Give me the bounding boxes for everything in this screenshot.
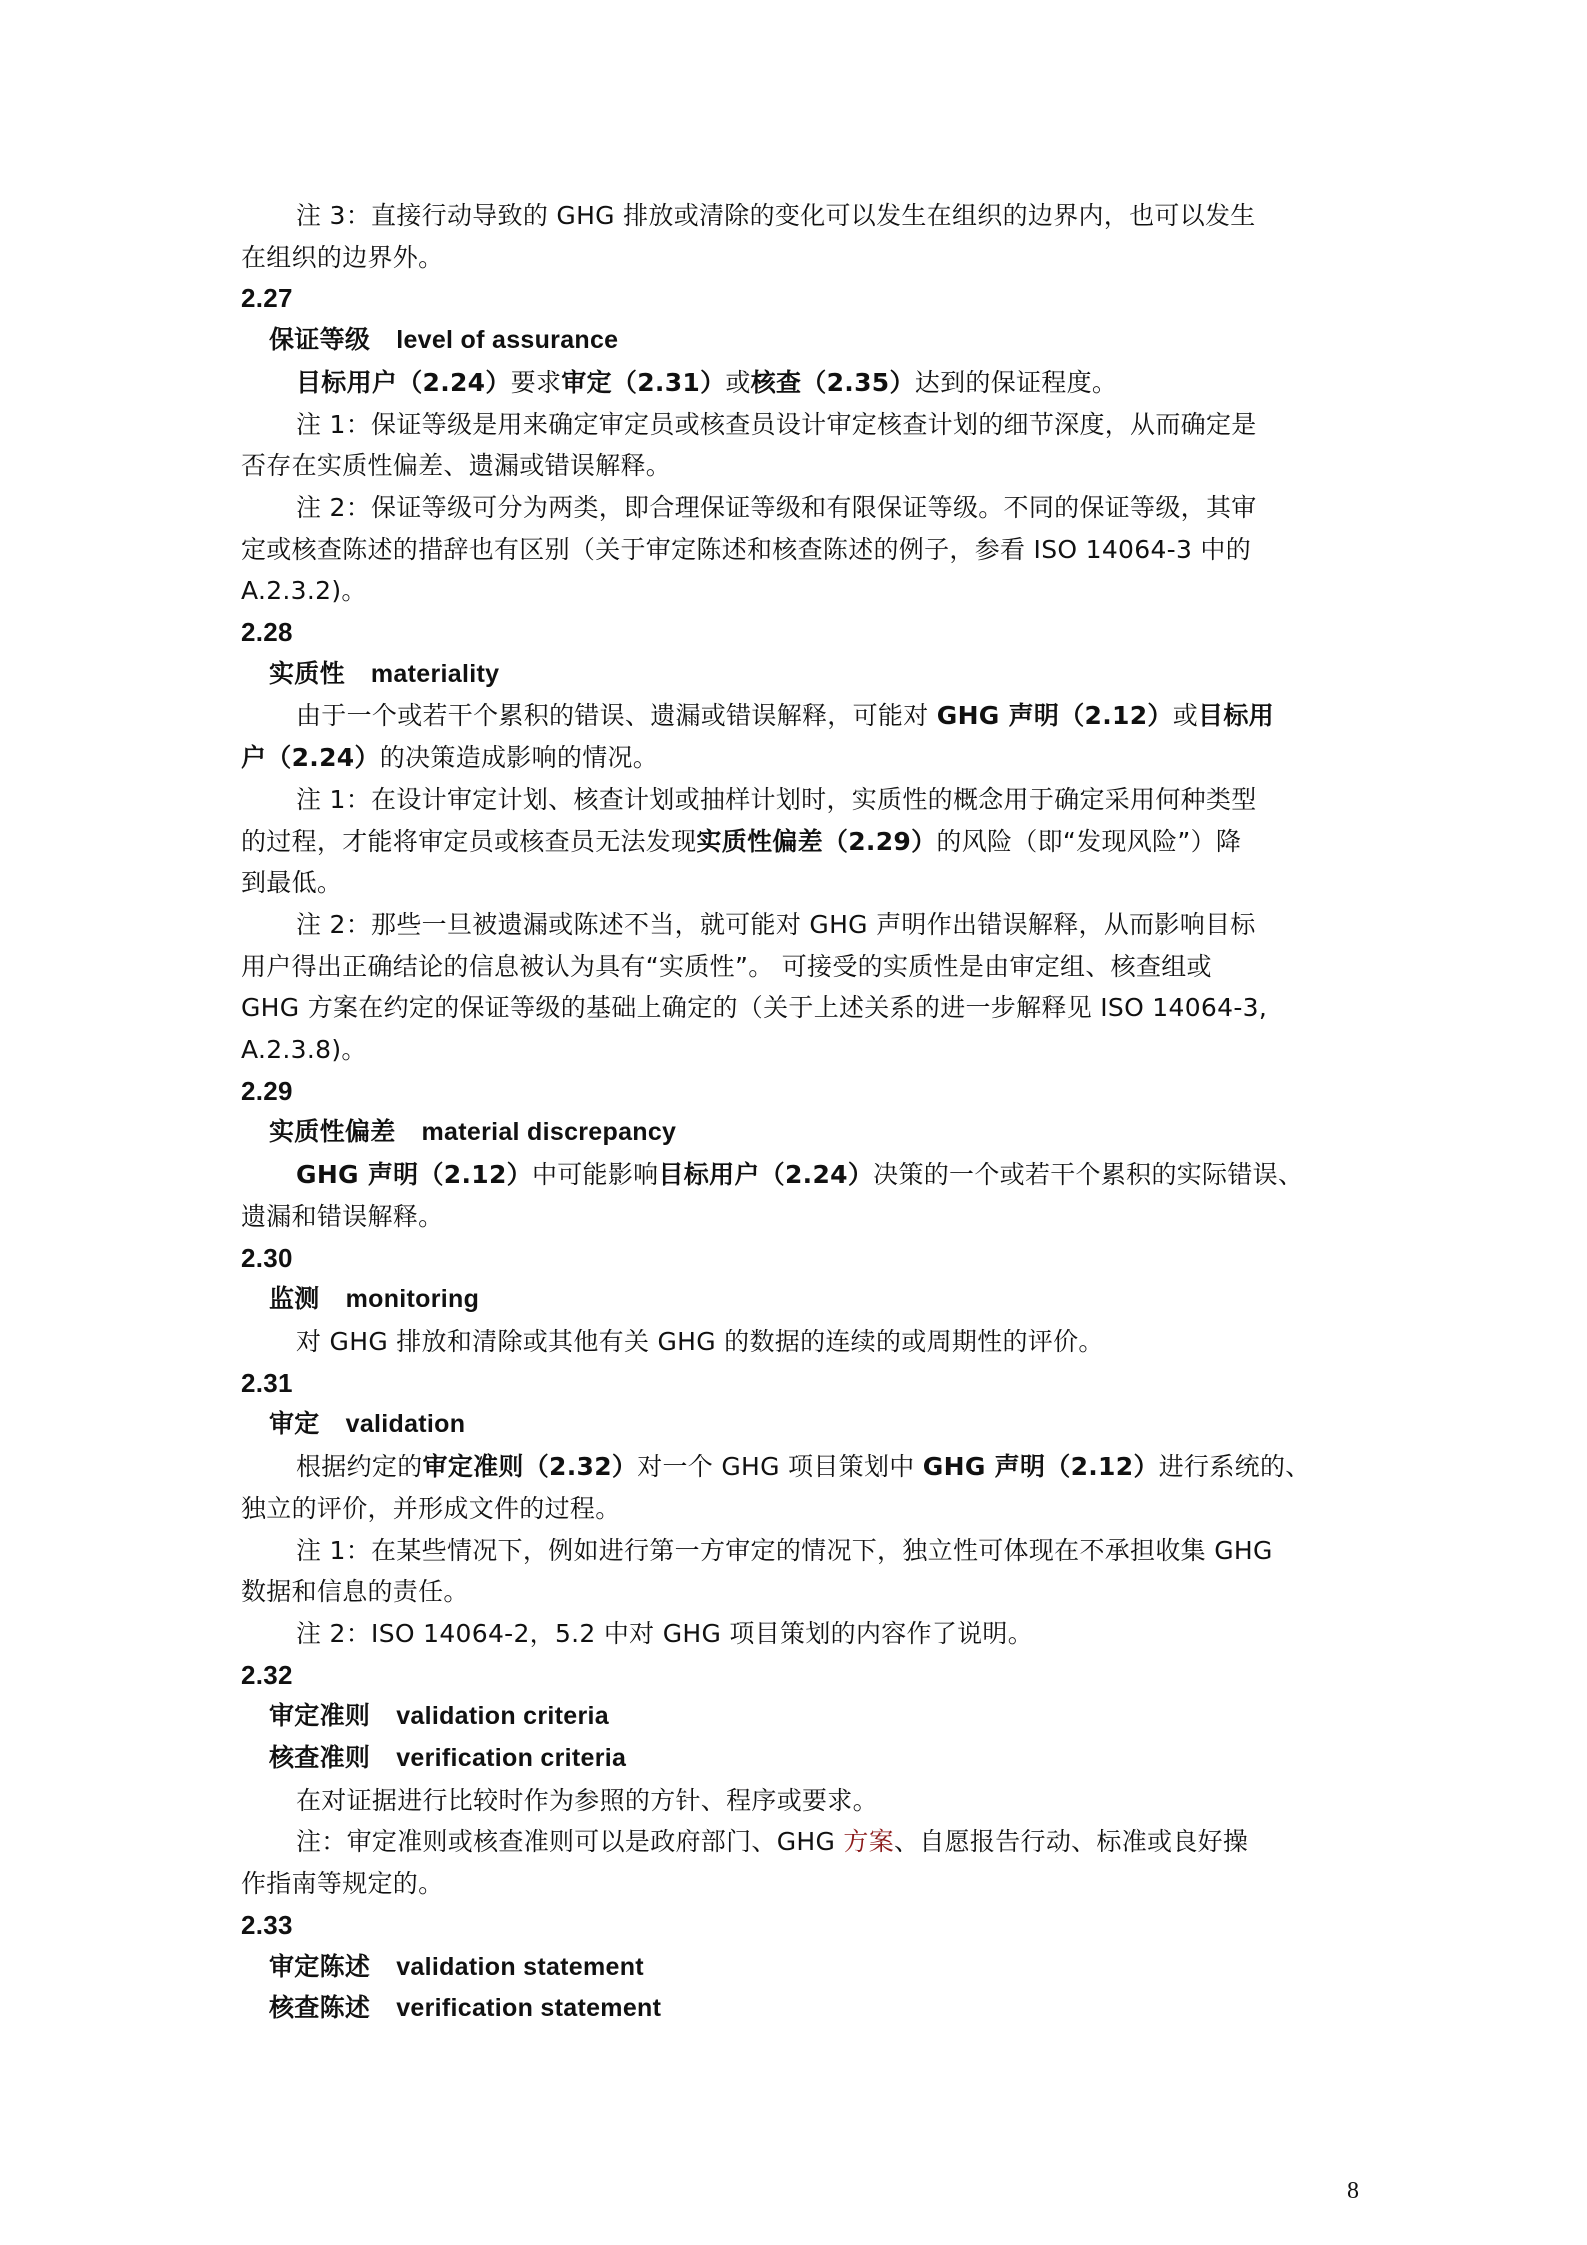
note-1-line-2: 否存在实质性偏差、遗漏或错误解释。 xyxy=(241,445,1359,487)
term-en: verification statement xyxy=(396,1994,661,2022)
term-en: verification criteria xyxy=(396,1744,626,1772)
link-programme[interactable]: 方案 xyxy=(843,1827,894,1856)
note-1-line-3: 到最低。 xyxy=(241,862,1359,904)
text: 或 xyxy=(725,368,750,397)
definition-2-31-line-2: 独立的评价，并形成文件的过程。 xyxy=(241,1488,1359,1530)
note-2-line-1: 注 2：那些一旦被遗漏或陈述不当，就可能对 GHG 声明作出错误解释，从而影响目… xyxy=(241,904,1359,946)
term-zh: 审定准则 xyxy=(269,1702,370,1730)
document-page: 注 3：直接行动导致的 GHG 排放或清除的变化可以发生在组织的边界内，也可以发… xyxy=(241,195,1359,2030)
text: 的风险（即“发现风险”）降 xyxy=(936,827,1241,856)
section-number-2-31: 2.31 xyxy=(241,1363,1359,1405)
text: 对一个 GHG 项目策划中 xyxy=(637,1452,923,1481)
note-2-line-4: A.2.3.8)。 xyxy=(241,1029,1359,1071)
text: 注：审定准则或核查准则可以是政府部门、GHG xyxy=(296,1827,843,1856)
note-3-line-1: 注 3：直接行动导致的 GHG 排放或清除的变化可以发生在组织的边界内，也可以发… xyxy=(241,195,1359,237)
term-en: validation criteria xyxy=(396,1702,609,1730)
term-zh: 核查陈述 xyxy=(269,1994,370,2022)
note-line-2: 作指南等规定的。 xyxy=(241,1863,1359,1905)
section-number-2-33: 2.33 xyxy=(241,1905,1359,1947)
term-verification-statement: 核查陈述verification statement xyxy=(241,1988,1359,2030)
definition-2-29-line-2: 遗漏和错误解释。 xyxy=(241,1196,1359,1238)
section-number-2-32: 2.32 xyxy=(241,1655,1359,1697)
definition-2-31-line-1: 根据约定的审定准则（2.32）对一个 GHG 项目策划中 GHG 声明（2.12… xyxy=(241,1446,1359,1488)
definition-2-28-line-1: 由于一个或若干个累积的错误、遗漏或错误解释，可能对 GHG 声明（2.12）或目… xyxy=(241,695,1359,737)
text: 中可能影响 xyxy=(532,1160,659,1189)
term-zh: 实质性 xyxy=(269,660,345,688)
ref-material-discrepancy: 实质性偏差（2.29） xyxy=(696,827,936,856)
term-zh: 核查准则 xyxy=(269,1744,370,1772)
term-zh: 保证等级 xyxy=(269,326,370,354)
term-verification-criteria: 核查准则verification criteria xyxy=(241,1738,1359,1780)
definition-2-30: 对 GHG 排放和清除或其他有关 GHG 的数据的连续的或周期性的评价。 xyxy=(241,1321,1359,1363)
note-1-line-2: 数据和信息的责任。 xyxy=(241,1571,1359,1613)
term-en: monitoring xyxy=(346,1285,480,1313)
term-validation-statement: 审定陈述validation statement xyxy=(241,1947,1359,1989)
note-1-line-1: 注 1：在某些情况下，例如进行第一方审定的情况下，独立性可体现在不承担收集 GH… xyxy=(241,1530,1359,1572)
note-2-line-2: 定或核查陈述的措辞也有区别（关于审定陈述和核查陈述的例子，参看 ISO 1406… xyxy=(241,529,1359,571)
definition-2-32: 在对证据进行比较时作为参照的方针、程序或要求。 xyxy=(241,1780,1359,1822)
text: 或 xyxy=(1173,701,1198,730)
ref-ghg-assertion: GHG 声明（2.12） xyxy=(923,1452,1159,1481)
definition-2-29-line-1: GHG 声明（2.12）中可能影响目标用户（2.24）决策的一个或若干个累积的实… xyxy=(241,1154,1359,1196)
term-zh: 审定 xyxy=(269,1410,320,1438)
section-number-2-27: 2.27 xyxy=(241,278,1359,320)
term-en: materiality xyxy=(371,660,499,688)
text: 根据约定的 xyxy=(296,1452,423,1481)
section-number-2-29: 2.29 xyxy=(241,1071,1359,1113)
ref-target-user: 目标用 xyxy=(1198,701,1274,730)
ref-target-user: 目标用户（2.24） xyxy=(296,368,511,397)
text: 、自愿报告行动、标准或良好操 xyxy=(894,1827,1248,1856)
note-1-line-1: 注 1：保证等级是用来确定审定员或核查员设计审定核查计划的细节深度，从而确定是 xyxy=(241,404,1359,446)
text: 的过程，才能将审定员或核查员无法发现 xyxy=(241,827,696,856)
term-en: validation statement xyxy=(396,1953,644,1981)
term-monitoring: 监测monitoring xyxy=(241,1279,1359,1321)
text: 进行系统的、 xyxy=(1159,1452,1311,1481)
note-2-line-2: 用户得出正确结论的信息被认为具有“实质性”。 可接受的实质性是由审定组、核查组或 xyxy=(241,946,1359,988)
ref-target-user: 目标用户（2.24） xyxy=(658,1160,873,1189)
ref-ghg-assertion: GHG 声明（2.12） xyxy=(296,1160,532,1189)
ref-validation-criteria: 审定准则（2.32） xyxy=(423,1452,638,1481)
text: 达到的保证程度。 xyxy=(915,368,1117,397)
term-zh: 监测 xyxy=(269,1285,320,1313)
term-validation-criteria: 审定准则validation criteria xyxy=(241,1696,1359,1738)
text: 由于一个或若干个累积的错误、遗漏或错误解释，可能对 xyxy=(296,701,937,730)
term-en: level of assurance xyxy=(396,326,618,354)
section-number-2-28: 2.28 xyxy=(241,612,1359,654)
ref-validation: 审定（2.31） xyxy=(561,368,725,397)
text: 要求 xyxy=(511,368,562,397)
ref-ghg-assertion: GHG 声明（2.12） xyxy=(937,701,1173,730)
note-2-line-1: 注 2：ISO 14064-2，5.2 中对 GHG 项目策划的内容作了说明。 xyxy=(241,1613,1359,1655)
section-number-2-30: 2.30 xyxy=(241,1238,1359,1280)
note-2-line-3: GHG 方案在约定的保证等级的基础上确定的（关于上述关系的进一步解释见 ISO … xyxy=(241,987,1359,1029)
page-number: 8 xyxy=(1347,2178,1359,2205)
note-2-line-1: 注 2：保证等级可分为两类，即合理保证等级和有限保证等级。不同的保证等级，其审 xyxy=(241,487,1359,529)
term-validation: 审定validation xyxy=(241,1404,1359,1446)
term-materiality: 实质性materiality xyxy=(241,654,1359,696)
note-2-line-3: A.2.3.2)。 xyxy=(241,570,1359,612)
term-level-of-assurance: 保证等级level of assurance xyxy=(241,320,1359,362)
note-line-1: 注：审定准则或核查准则可以是政府部门、GHG 方案、自愿报告行动、标准或良好操 xyxy=(241,1821,1359,1863)
term-en: material discrepancy xyxy=(422,1118,677,1146)
note-1-line-1: 注 1：在设计审定计划、核查计划或抽样计划时，实质性的概念用于确定采用何种类型 xyxy=(241,779,1359,821)
term-zh: 实质性偏差 xyxy=(269,1118,396,1146)
text: 的决策造成影响的情况。 xyxy=(380,743,658,772)
term-zh: 审定陈述 xyxy=(269,1953,370,1981)
ref-target-user-cont: 户（2.24） xyxy=(241,743,380,772)
text: 决策的一个或若干个累积的实际错误、 xyxy=(873,1160,1303,1189)
ref-verification: 核查（2.35） xyxy=(751,368,915,397)
term-en: validation xyxy=(346,1410,466,1438)
definition-2-27: 目标用户（2.24）要求审定（2.31）或核查（2.35）达到的保证程度。 xyxy=(241,362,1359,404)
note-3-line-2: 在组织的边界外。 xyxy=(241,237,1359,279)
note-1-line-2: 的过程，才能将审定员或核查员无法发现实质性偏差（2.29）的风险（即“发现风险”… xyxy=(241,821,1359,863)
definition-2-28-line-2: 户（2.24）的决策造成影响的情况。 xyxy=(241,737,1359,779)
term-material-discrepancy: 实质性偏差material discrepancy xyxy=(241,1112,1359,1154)
